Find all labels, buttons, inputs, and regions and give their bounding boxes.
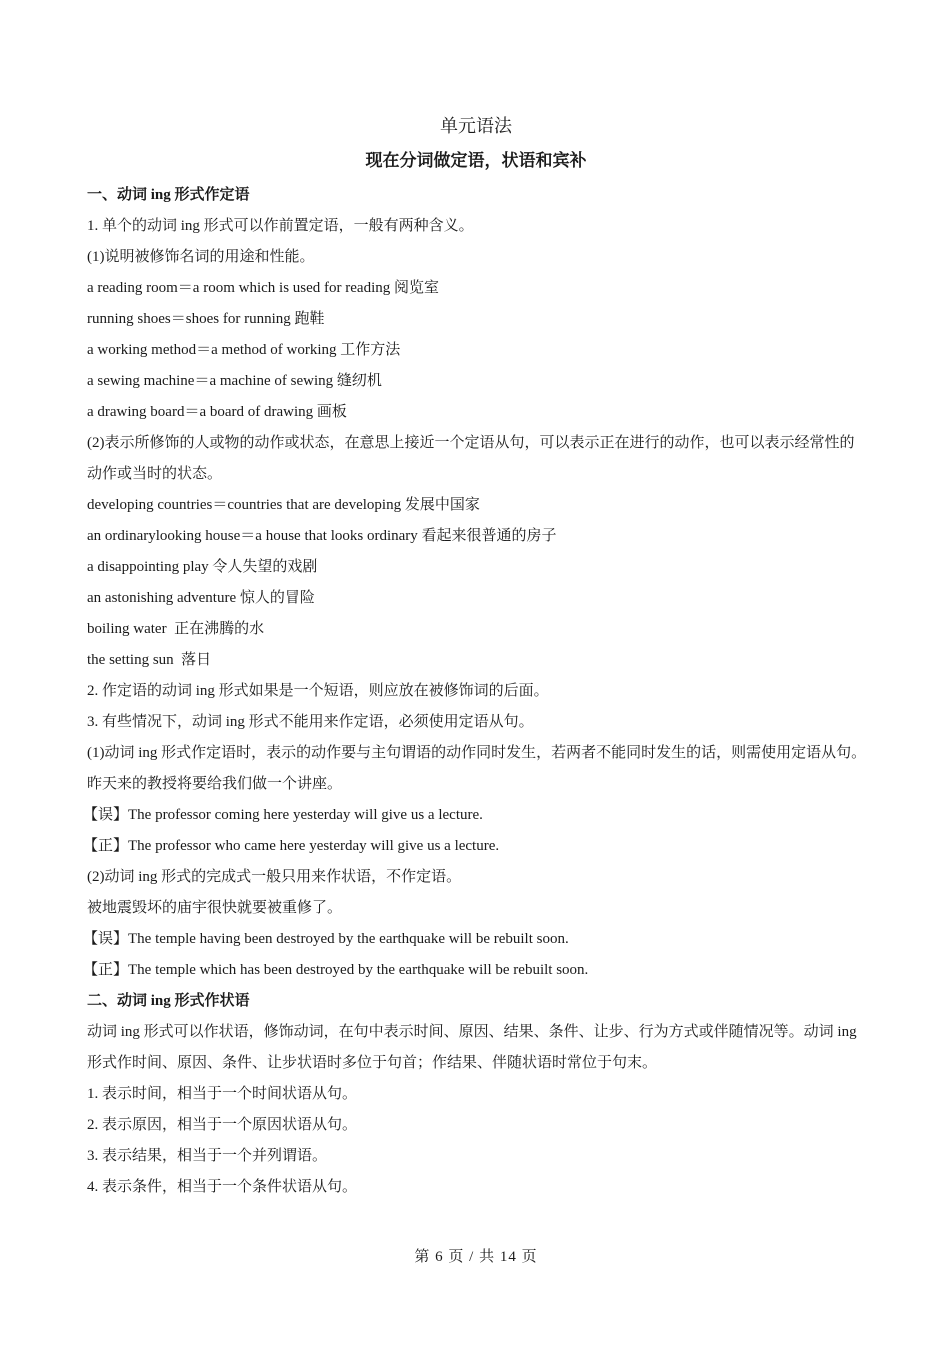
- correct-tag: 【正】: [83, 962, 128, 978]
- example-line: boiling water 正在沸腾的水: [87, 614, 869, 645]
- example-wrong: 【误】The professor coming here yesterday w…: [87, 800, 869, 831]
- example-line: an ordinarylooking house＝a house that lo…: [87, 521, 869, 552]
- example-line: a drawing board＝a board of drawing 画板: [87, 397, 869, 428]
- paragraph: (1)动词 ing 形式作定语时，表示的动作要与主句谓语的动作同时发生，若两者不…: [87, 738, 869, 769]
- example-correct: 【正】The professor who came here yesterday…: [87, 831, 869, 862]
- document-page: 单元语法 现在分词做定语，状语和宾补 一、动词 ing 形式作定语 1. 单个的…: [0, 0, 952, 1347]
- example-line: a working method＝a method of working 工作方…: [87, 335, 869, 366]
- example-chinese: 昨天来的教授将要给我们做一个讲座。: [87, 769, 869, 800]
- section-heading-attributive: 一、动词 ing 形式作定语: [87, 180, 869, 211]
- paragraph: (2)动词 ing 形式的完成式一般只用来作状语，不作定语。: [87, 862, 869, 893]
- list-item: 3. 表示结果，相当于一个并列谓语。: [87, 1141, 869, 1172]
- paragraph: 2. 作定语的动词 ing 形式如果是一个短语，则应放在被修饰词的后面。: [87, 676, 869, 707]
- wrong-tag: 【误】: [83, 807, 128, 823]
- example-line: a sewing machine＝a machine of sewing 缝纫机: [87, 366, 869, 397]
- example-sentence: The temple having been destroyed by the …: [128, 931, 569, 947]
- paragraph: 3. 有些情况下，动词 ing 形式不能用来作定语，必须使用定语从句。: [87, 707, 869, 738]
- example-sentence: The professor coming here yesterday will…: [128, 807, 483, 823]
- paragraph: 动词 ing 形式可以作状语，修饰动词，在句中表示时间、原因、结果、条件、让步、…: [87, 1017, 869, 1079]
- section-heading-adverbial: 二、动词 ing 形式作状语: [87, 986, 869, 1017]
- example-line: the setting sun 落日: [87, 645, 869, 676]
- page-title: 单元语法: [0, 114, 952, 138]
- paragraph: 1. 单个的动词 ing 形式可以作前置定语，一般有两种含义。: [87, 211, 869, 242]
- example-line: a disappointing play 令人失望的戏剧: [87, 552, 869, 583]
- page-subtitle: 现在分词做定语，状语和宾补: [0, 149, 952, 173]
- page-number: 第 6 页 / 共 14 页: [0, 1245, 952, 1269]
- list-item: 4. 表示条件，相当于一个条件状语从句。: [87, 1172, 869, 1203]
- list-item: 2. 表示原因，相当于一个原因状语从句。: [87, 1110, 869, 1141]
- document-body: 一、动词 ing 形式作定语 1. 单个的动词 ing 形式可以作前置定语，一般…: [87, 180, 869, 1203]
- list-item: 1. 表示时间，相当于一个时间状语从句。: [87, 1079, 869, 1110]
- example-correct: 【正】The temple which has been destroyed b…: [87, 955, 869, 986]
- example-wrong: 【误】The temple having been destroyed by t…: [87, 924, 869, 955]
- paragraph: (2)表示所修饰的人或物的动作或状态，在意思上接近一个定语从句，可以表示正在进行…: [87, 428, 869, 490]
- example-chinese: 被地震毁坏的庙宇很快就要被重修了。: [87, 893, 869, 924]
- example-sentence: The temple which has been destroyed by t…: [128, 962, 588, 978]
- example-line: an astonishing adventure 惊人的冒险: [87, 583, 869, 614]
- example-line: developing countries＝countries that are …: [87, 490, 869, 521]
- example-sentence: The professor who came here yesterday wi…: [128, 838, 499, 854]
- paragraph: (1)说明被修饰名词的用途和性能。: [87, 242, 869, 273]
- example-line: a reading room＝a room which is used for …: [87, 273, 869, 304]
- correct-tag: 【正】: [83, 838, 128, 854]
- example-line: running shoes＝shoes for running 跑鞋: [87, 304, 869, 335]
- wrong-tag: 【误】: [83, 931, 128, 947]
